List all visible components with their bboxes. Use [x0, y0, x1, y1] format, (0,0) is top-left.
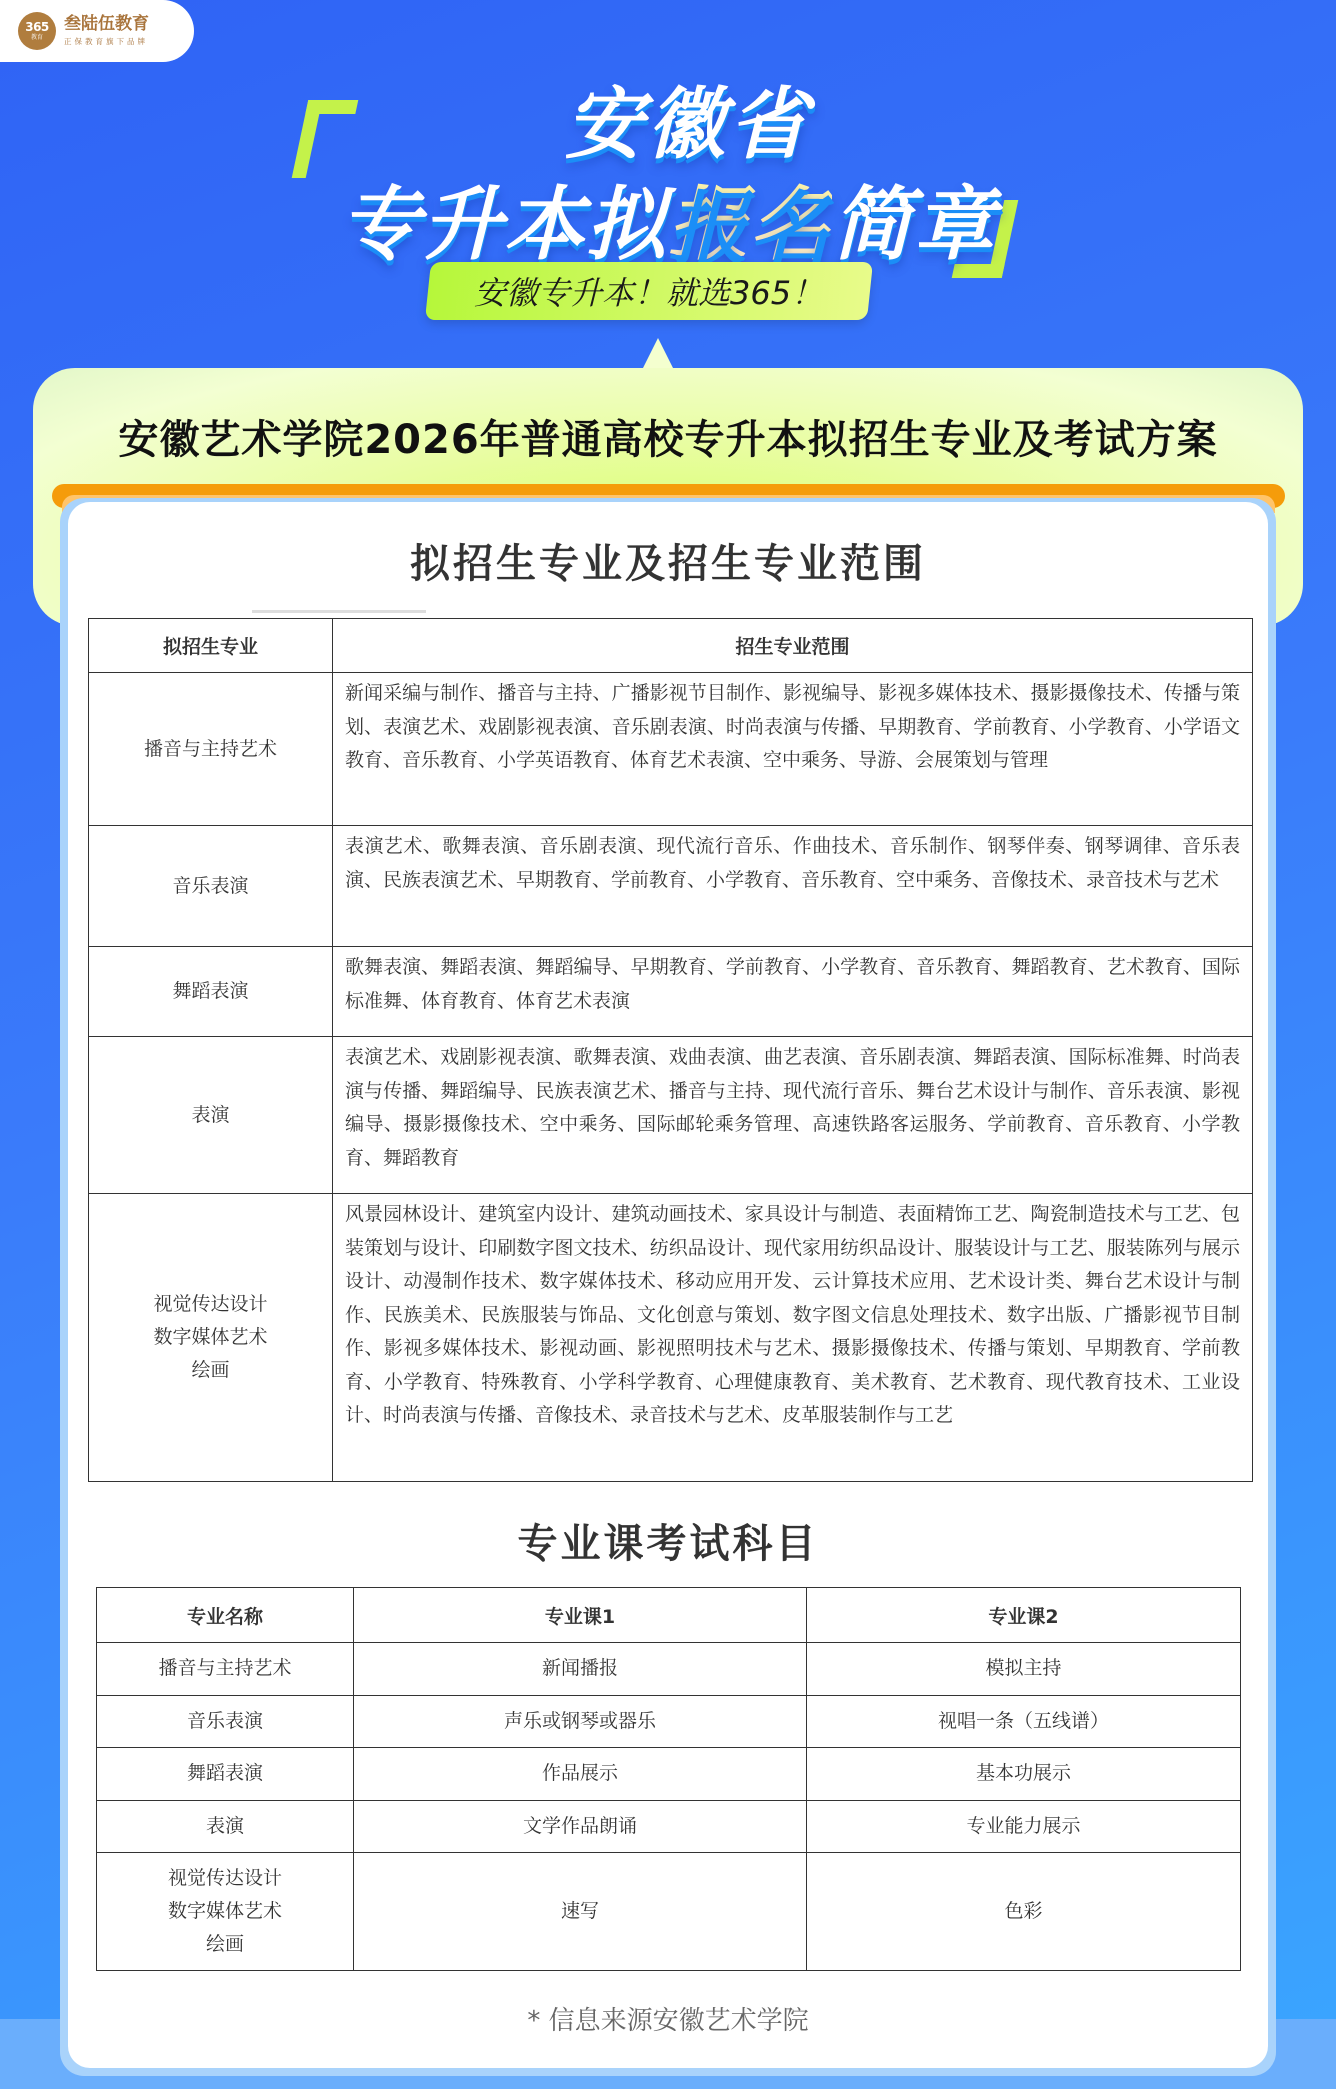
brand-logo[interactable]: 365 教育 叁陆伍教育 正保教育旗下品牌 — [0, 0, 194, 62]
major-cell-multi: 视觉传达设计 数字媒体艺术 绘画 — [89, 1194, 333, 1482]
hero-tagline: 安徽专升本！就选365！ — [474, 268, 823, 314]
name-line: 视觉传达设计 — [97, 1862, 353, 1895]
course2-cell: 视唱一条（五线谱） — [807, 1695, 1241, 1748]
course1-cell: 作品展示 — [354, 1748, 807, 1801]
range-cell: 歌舞表演、舞蹈表演、舞蹈编导、早期教育、学前教育、小学教育、音乐教育、舞蹈教育、… — [333, 947, 1253, 1037]
header-range: 招生专业范围 — [333, 619, 1253, 673]
table-row: 播音与主持艺术 新闻播报 模拟主持 — [97, 1643, 1241, 1696]
header-name: 专业名称 — [97, 1588, 354, 1643]
name-cell: 舞蹈表演 — [97, 1748, 354, 1801]
course1-cell: 速写 — [354, 1853, 807, 1971]
hero-tagline-pill: 安徽专升本！就选365！ — [425, 262, 873, 320]
course2-cell: 模拟主持 — [807, 1643, 1241, 1696]
table-row: 视觉传达设计 数字媒体艺术 绘画 风景园林设计、建筑室内设计、建筑动画技术、家具… — [89, 1194, 1253, 1482]
hero-title-post: 简章 — [832, 178, 996, 271]
name-line: 数字媒体艺术 — [97, 1895, 353, 1928]
major-cell: 播音与主持艺术 — [89, 673, 333, 826]
exam-subjects-table: 专业名称 专业课1 专业课2 播音与主持艺术 新闻播报 模拟主持 音乐表演 声乐… — [96, 1587, 1241, 1971]
table-row: 舞蹈表演 作品展示 基本功展示 — [97, 1748, 1241, 1801]
brand-name: 叁陆伍教育 — [64, 15, 149, 34]
name-cell: 音乐表演 — [97, 1695, 354, 1748]
name-cell: 播音与主持艺术 — [97, 1643, 354, 1696]
header-course2: 专业课2 — [807, 1588, 1241, 1643]
table-row: 音乐表演 声乐或钢琴或器乐 视唱一条（五线谱） — [97, 1695, 1241, 1748]
major-line: 视觉传达设计 — [89, 1288, 332, 1321]
brand-badge-number: 365 — [25, 21, 49, 33]
section-title-majors: 拟招生专业及招生专业范围 — [0, 532, 1336, 589]
table-header-row: 拟招生专业 招生专业范围 — [89, 619, 1253, 673]
table-row: 舞蹈表演 歌舞表演、舞蹈表演、舞蹈编导、早期教育、学前教育、小学教育、音乐教育、… — [89, 947, 1253, 1037]
name-cell: 表演 — [97, 1800, 354, 1853]
course1-cell: 新闻播报 — [354, 1643, 807, 1696]
major-cell: 表演 — [89, 1037, 333, 1194]
name-cell-multi: 视觉传达设计 数字媒体艺术 绘画 — [97, 1853, 354, 1971]
range-cell: 表演艺术、戏剧影视表演、歌舞表演、戏曲表演、曲艺表演、音乐剧表演、舞蹈表演、国际… — [333, 1037, 1253, 1194]
banner-title: 安徽艺术学院2026年普通高校专升本拟招生专业及考试方案 — [0, 408, 1336, 465]
brand-badge-sub: 教育 — [31, 35, 43, 41]
range-cell: 新闻采编与制作、播音与主持、广播影视节目制作、影视编导、影视多媒体技术、摄影摄像… — [333, 673, 1253, 826]
hero-title-highlight: 报名 — [668, 178, 832, 271]
decorative-divider — [252, 610, 426, 613]
course1-cell: 文学作品朗诵 — [354, 1800, 807, 1853]
table-row: 视觉传达设计 数字媒体艺术 绘画 速写 色彩 — [97, 1853, 1241, 1971]
hero-title-pre: 专升本拟 — [340, 178, 668, 271]
major-line: 数字媒体艺术 — [89, 1321, 332, 1354]
table-row: 表演 文学作品朗诵 专业能力展示 — [97, 1800, 1241, 1853]
header-major: 拟招生专业 — [89, 619, 333, 673]
course2-cell: 基本功展示 — [807, 1748, 1241, 1801]
table-row: 播音与主持艺术 新闻采编与制作、播音与主持、广播影视节目制作、影视编导、影视多媒… — [89, 673, 1253, 826]
brand-badge-icon: 365 教育 — [18, 12, 56, 50]
course2-cell: 色彩 — [807, 1853, 1241, 1971]
range-cell: 表演艺术、歌舞表演、音乐剧表演、现代流行音乐、作曲技术、音乐制作、钢琴伴奏、钢琴… — [333, 826, 1253, 947]
source-note: * 信息来源安徽艺术学院 — [0, 2000, 1336, 2037]
major-line: 绘画 — [89, 1354, 332, 1387]
header-course1: 专业课1 — [354, 1588, 807, 1643]
majors-table: 拟招生专业 招生专业范围 播音与主持艺术 新闻采编与制作、播音与主持、广播影视节… — [88, 618, 1253, 1482]
table-header-row: 专业名称 专业课1 专业课2 — [97, 1588, 1241, 1643]
table-row: 表演 表演艺术、戏剧影视表演、歌舞表演、戏曲表演、曲艺表演、音乐剧表演、舞蹈表演… — [89, 1037, 1253, 1194]
hero-title-line1: 安徽省 — [0, 62, 1336, 174]
course1-cell: 声乐或钢琴或器乐 — [354, 1695, 807, 1748]
range-cell: 风景园林设计、建筑室内设计、建筑动画技术、家具设计与制造、表面精饰工艺、陶瓷制造… — [333, 1194, 1253, 1482]
course2-cell: 专业能力展示 — [807, 1800, 1241, 1853]
hero-title-line2: 专升本拟报名简章 — [0, 160, 1336, 275]
brand-slogan: 正保教育旗下品牌 — [64, 36, 149, 47]
name-line: 绘画 — [97, 1928, 353, 1961]
major-cell: 音乐表演 — [89, 826, 333, 947]
major-cell: 舞蹈表演 — [89, 947, 333, 1037]
table-row: 音乐表演 表演艺术、歌舞表演、音乐剧表演、现代流行音乐、作曲技术、音乐制作、钢琴… — [89, 826, 1253, 947]
section-title-exams: 专业课考试科目 — [0, 1512, 1336, 1569]
